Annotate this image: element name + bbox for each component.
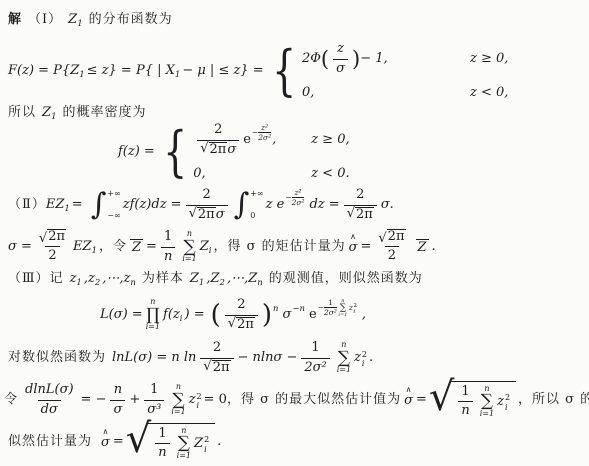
radicand: 2π [47,229,66,245]
equals-sign: = [146,239,157,255]
lower-limit: −∞ [107,212,120,220]
chinese-text: ，所以 σ 的最大 [518,392,589,408]
radical-sign: √ [39,232,47,245]
var-sigma: σ [227,142,236,158]
var-Z: Z [190,271,199,287]
fraction-denominator: √ 2π [344,205,377,223]
solution-intro-line: 解 （Ⅰ） Z 1 的分布函数为 [8,8,173,32]
fraction-denominator: 2σ² [324,307,337,317]
sigma-hat: ∧ σ [101,428,110,450]
tiny-fraction: z² 2σ² [258,124,271,143]
upper-limit: +∞ [250,190,263,198]
intro-text: 的分布函数为 [89,12,173,28]
math-text: lnL(σ) = n ln [112,350,196,366]
fraction-numerator: z² [295,189,302,198]
power-minus-n: −n [292,304,305,314]
mle-estimator-line: 似然估计量为 ∧ σ = √ 1 n n ∑ i=1 Z 2 i . [8,420,221,464]
radicand: 2π [212,360,231,376]
sigma-sum-sign: ∑ [178,435,190,451]
var-z: z [70,271,77,287]
case-condition: z ≥ 0, [311,132,349,148]
math-text: ≤ z} = P{ | X [87,63,175,79]
likelihood-function-formula: L(σ) = n ∏ i=1 f(z i ) = ( 2 √ 2π ) n σ … [100,292,366,338]
exponent: − z² 2σ² [285,189,304,208]
var-z: z [354,350,361,366]
case-condition: z ≥ 0, [470,51,508,67]
fraction-denominator: σ [333,59,348,77]
subscript: 1 [51,112,56,122]
left-paren: ( [211,302,221,328]
math-text: z e [266,197,285,213]
superscript: 2 [362,350,367,359]
math-text: F(z) = P{Z [8,63,79,79]
fraction-denominator: σ³ [144,400,164,418]
right-paren: ) [352,49,360,70]
fraction-numerator: √ 2π [36,229,69,246]
lower-limit: i=1 [337,366,351,375]
var-Z: Z [68,12,77,28]
subscript: 2 [220,278,225,288]
var-z: z [189,392,196,408]
distribution-function-formula: F(z) = P{Z 1 ≤ z} = P{ | X 1 − μ | ≤ z} … [8,38,508,104]
subscript: 2 [95,278,100,288]
radical-sign: √ [378,232,386,245]
fraction-numerator: 2 [353,187,367,204]
radicand: 2π [355,207,374,223]
math-text: L(σ) = [100,307,143,323]
var-Z: Z [200,239,209,255]
fraction-denominator: √ 2π σ [197,140,239,158]
subscript: n [257,278,262,288]
chinese-text: ，得 σ 的矩估计量为 [213,239,345,255]
math-text: zf(z)dz = [123,197,182,213]
part-3-label: （Ⅲ） [8,271,50,287]
superscript: 2 [204,435,209,444]
radical-sign: √ [200,142,208,155]
fraction-denominator: √ 2π [225,315,258,333]
sigma-hat: ∧ σ [404,386,413,408]
integral-sign: ∫ [234,193,250,217]
fraction-numerator: 1 [328,299,333,308]
fraction: 1 n [155,426,169,462]
tiny-sum-operator: n ∑ i=1 [338,299,347,318]
fraction-numerator: 1 [155,426,169,443]
subscript: 1 [175,70,180,80]
subscript: 1 [64,204,69,214]
subscript: i [197,401,200,410]
lower-limit: i=1 [338,313,347,318]
math-text: ) = [185,307,205,323]
sigma-sum-sign: ∑ [481,393,493,409]
chinese-text: 对数似然函数为 [8,350,106,366]
radical-sign: √ [189,207,197,220]
lower-limit: i=1 [171,408,185,417]
piecewise-cases: { 2Φ ( z σ ) − 1, z ≥ 0, 0, z < 0, [267,41,509,100]
var-sigma: σ [283,307,292,323]
sum-operator: n ∑ i=1 [171,383,185,417]
math-text: = − [81,392,107,408]
tiny-fraction: 1 2σ² [324,299,337,318]
fraction-numerator: 1 [308,340,322,357]
fraction-denominator: 2 [385,246,399,264]
radicand: 2π [197,207,216,223]
math-text: σ = [8,239,32,255]
radicand: 2π [209,142,228,158]
equals-sign: = [72,197,83,213]
cases-brace: { [163,126,187,177]
chinese-text: ，令 [99,239,127,255]
fraction: √ 2π 2 [375,229,408,264]
math-text: dz = [309,197,339,213]
subscript: i [209,246,212,256]
case-row: 2 √ 2π σ e − z² 2σ² [193,122,349,158]
subscript: i [362,359,365,368]
lower-limit: i=1 [480,410,494,419]
fraction-numerator: 2 [234,297,248,314]
math-text: ,⋯,Z [227,271,257,287]
fraction-denominator: σ [110,400,125,418]
exponent: − 1 2σ² n ∑ i=1 z 2 i [318,299,357,318]
period: . [369,350,373,366]
var-sigma: σ [404,394,413,408]
radical-sign: √ [228,317,236,330]
fraction-numerator: 2 [210,340,224,357]
fraction: 2 √ 2π [200,340,233,375]
fraction-denominator: √ 2π [200,358,233,376]
fraction: n σ [110,382,125,418]
math-text: − μ | ≤ z} = [182,63,263,79]
fraction: 1 2σ² [301,340,329,376]
equals-sign: = [416,392,427,408]
comma: , [272,132,276,148]
chinese-text: 为样本 [142,271,184,287]
fraction: 1 n [161,229,175,265]
fraction-denominator: dσ [38,400,61,418]
lower-limit: i=1 [177,452,191,461]
sum-operator: n ∑ i=1 [177,427,191,461]
fraction-numerator: z² [261,124,268,133]
chinese-text: 所以 [8,105,36,121]
cases-brace: { [272,45,296,96]
piecewise-cases: { 2 √ 2π σ e − z² [158,122,350,181]
fraction-denominator: 2 [45,246,59,264]
radical-sign: √ [347,207,355,220]
fraction: 2 √ 2π σ [197,122,239,158]
fraction-denominator: 2σ² [258,132,271,142]
fraction: 2 √ 2π σ [186,187,228,223]
sub-sup-stack: 2 i [197,392,202,410]
radicand: 2π [387,229,406,245]
fraction-denominator: n [458,401,472,419]
z-bar: Z [416,239,429,256]
equals-sign: = [113,434,124,450]
fraction-numerator: z [334,41,347,58]
fraction: √ 2π 2 [36,229,69,264]
sub-sup-stack: 2 i [353,303,357,315]
power-n: n [273,304,278,314]
fraction-denominator: √ 2π σ [186,205,228,223]
math-text: − 1, [360,51,387,67]
case-condition: z < 0. [311,166,349,182]
left-paren: ( [321,49,329,70]
product-operator: n ∏ i=1 [146,298,160,332]
subscript: i [353,309,355,315]
lower-limit: i=1 [182,255,196,264]
part-1-label: （Ⅰ） [28,12,62,28]
chinese-text: ，得 σ 的最大似然估计值为 [227,392,401,408]
fraction-denominator: 2σ² [301,358,329,376]
chinese-text: 的观测值，则似然函数为 [269,271,423,287]
fraction: 2 √ 2π [344,187,377,222]
lower-limit: i=1 [146,323,160,332]
math-text: ,⋯,z [102,271,130,287]
chinese-text: 记 [50,271,64,287]
fraction-numerator: 2 [199,187,213,204]
tiny-fraction: z² 2σ² [292,189,305,208]
fraction: 1 n [458,384,472,420]
period: . [217,434,221,450]
sigma-hat: ∧ σ [349,233,358,255]
mle-derivation-line: 令 dlnL(σ) dσ = − n σ + 1 σ³ n ∑ i=1 z 2 … [4,378,589,422]
sub-sup-stack: 2 i [362,350,367,368]
fraction: dlnL(σ) dσ [22,382,77,418]
sigma-sum-sign: ∑ [183,239,195,255]
solve-label: 解 [8,12,22,28]
math-text: EZ [73,239,92,255]
fraction-numerator: dlnL(σ) [22,382,77,399]
sum-operator: n ∑ i=1 [182,230,196,264]
superscript: 2 [505,393,510,402]
square-root: √ 1 n n ∑ i=1 Z 2 i [126,423,215,462]
math-text: ,Z [206,271,219,287]
subscript: 1 [79,70,84,80]
subscript: 1 [199,278,204,288]
expectation-formula: （Ⅱ） EZ 1 = ∫ +∞ −∞ zf(z)dz = 2 √ 2π σ ∫ … [8,184,394,226]
math-text: = 0 [204,392,227,408]
fraction-numerator: n [111,382,125,399]
equals-sign: = [360,239,371,255]
fraction-numerator: √ 2π [375,229,408,246]
fraction-denominator: n [161,247,175,265]
pi-product-sign: ∏ [146,307,160,323]
radical-sign: √ [203,360,211,373]
euler-e: e [243,132,251,148]
log-likelihood-line: 对数似然函数为 lnL(σ) = n ln 2 √ 2π − nlnσ − 1 … [8,336,373,380]
plus-sign: + [129,392,140,408]
case-row: 0, z < 0, [302,85,508,101]
math-text: 2Φ [302,51,321,67]
math-text: f(z) = [118,144,155,160]
case-condition: z < 0, [470,85,508,101]
fraction: 1 σ³ [144,382,164,418]
moment-estimator-line: σ = √ 2π 2 EZ 1 ，令 Z = 1 n n ∑ i=1 Z i ，… [8,226,436,268]
integral-operator: ∫ +∞ 0 [234,190,264,220]
math-text: ,z [84,271,95,287]
sigma-sum-sign: ∑ [172,392,184,408]
square-root: √ 1 n n ∑ i=1 z 2 i [429,381,516,420]
sum-operator: n ∑ i=1 [337,341,351,375]
case-row: 0, z < 0. [193,166,349,182]
superscript: 2 [197,392,202,401]
chinese-text: 令 [4,392,18,408]
var-Z: Z [194,436,203,452]
var-Z: Z [42,105,51,121]
case-row: 2Φ ( z σ ) − 1, z ≥ 0, [302,41,508,77]
math-text: 0, [193,166,205,182]
var-sigma: σ [349,241,358,255]
subscript: i [204,445,207,454]
subscript: 1 [77,19,82,29]
lower-limit: 0 [250,212,263,220]
exponent: − z² 2σ² [252,124,271,143]
math-text: σ. [381,197,394,213]
z-bar: Z [130,239,143,256]
math-text: − nlnσ − [238,350,298,366]
fraction-numerator: 1 [458,384,472,401]
fraction-denominator: n [155,443,169,461]
subscript: 1 [92,246,97,256]
subscript: i [180,314,183,324]
density-function-formula: f(z) = { 2 √ 2π σ e − [118,118,350,186]
fraction-numerator: 2 [211,122,225,139]
euler-e: e [309,307,317,323]
subscript: n [130,278,135,288]
integral-operator: ∫ +∞ −∞ [91,190,121,220]
math-text: EZ [46,197,65,213]
sample-observation-line: （Ⅲ） 记 z 1 ,z 2 ,⋯,z n 为样本 Z 1 ,Z 2 ,⋯,Z … [8,266,423,292]
comma: , [362,307,366,323]
sub-sup-stack: 2 i [505,393,510,411]
fraction: z σ [333,41,348,77]
sub-sup-stack: 2 i [204,435,209,453]
fraction-denominator: 2σ² [292,197,305,207]
subscript: 1 [76,278,81,288]
radicand: 2π [236,317,255,333]
fraction: 2 √ 2π [225,297,258,332]
integral-sign: ∫ [91,193,107,217]
var-sigma: σ [216,207,225,223]
var-z: z [497,394,504,410]
sigma-sum-sign: ∑ [338,350,350,366]
sum-operator: n ∑ i=1 [480,385,494,419]
var-z: z [349,304,353,312]
fraction-numerator: 1 [161,229,175,246]
math-text: f(z [163,307,180,323]
part-2-label: （Ⅱ） [8,197,46,213]
fraction-numerator: 1 [147,382,161,399]
subscript: i [505,403,508,412]
period: . [432,239,436,255]
upper-limit: +∞ [107,190,120,198]
math-text: 0, [302,85,314,101]
var-sigma: σ [101,436,110,450]
chinese-text: 似然估计量为 [8,434,92,450]
right-paren: ) [262,302,272,328]
